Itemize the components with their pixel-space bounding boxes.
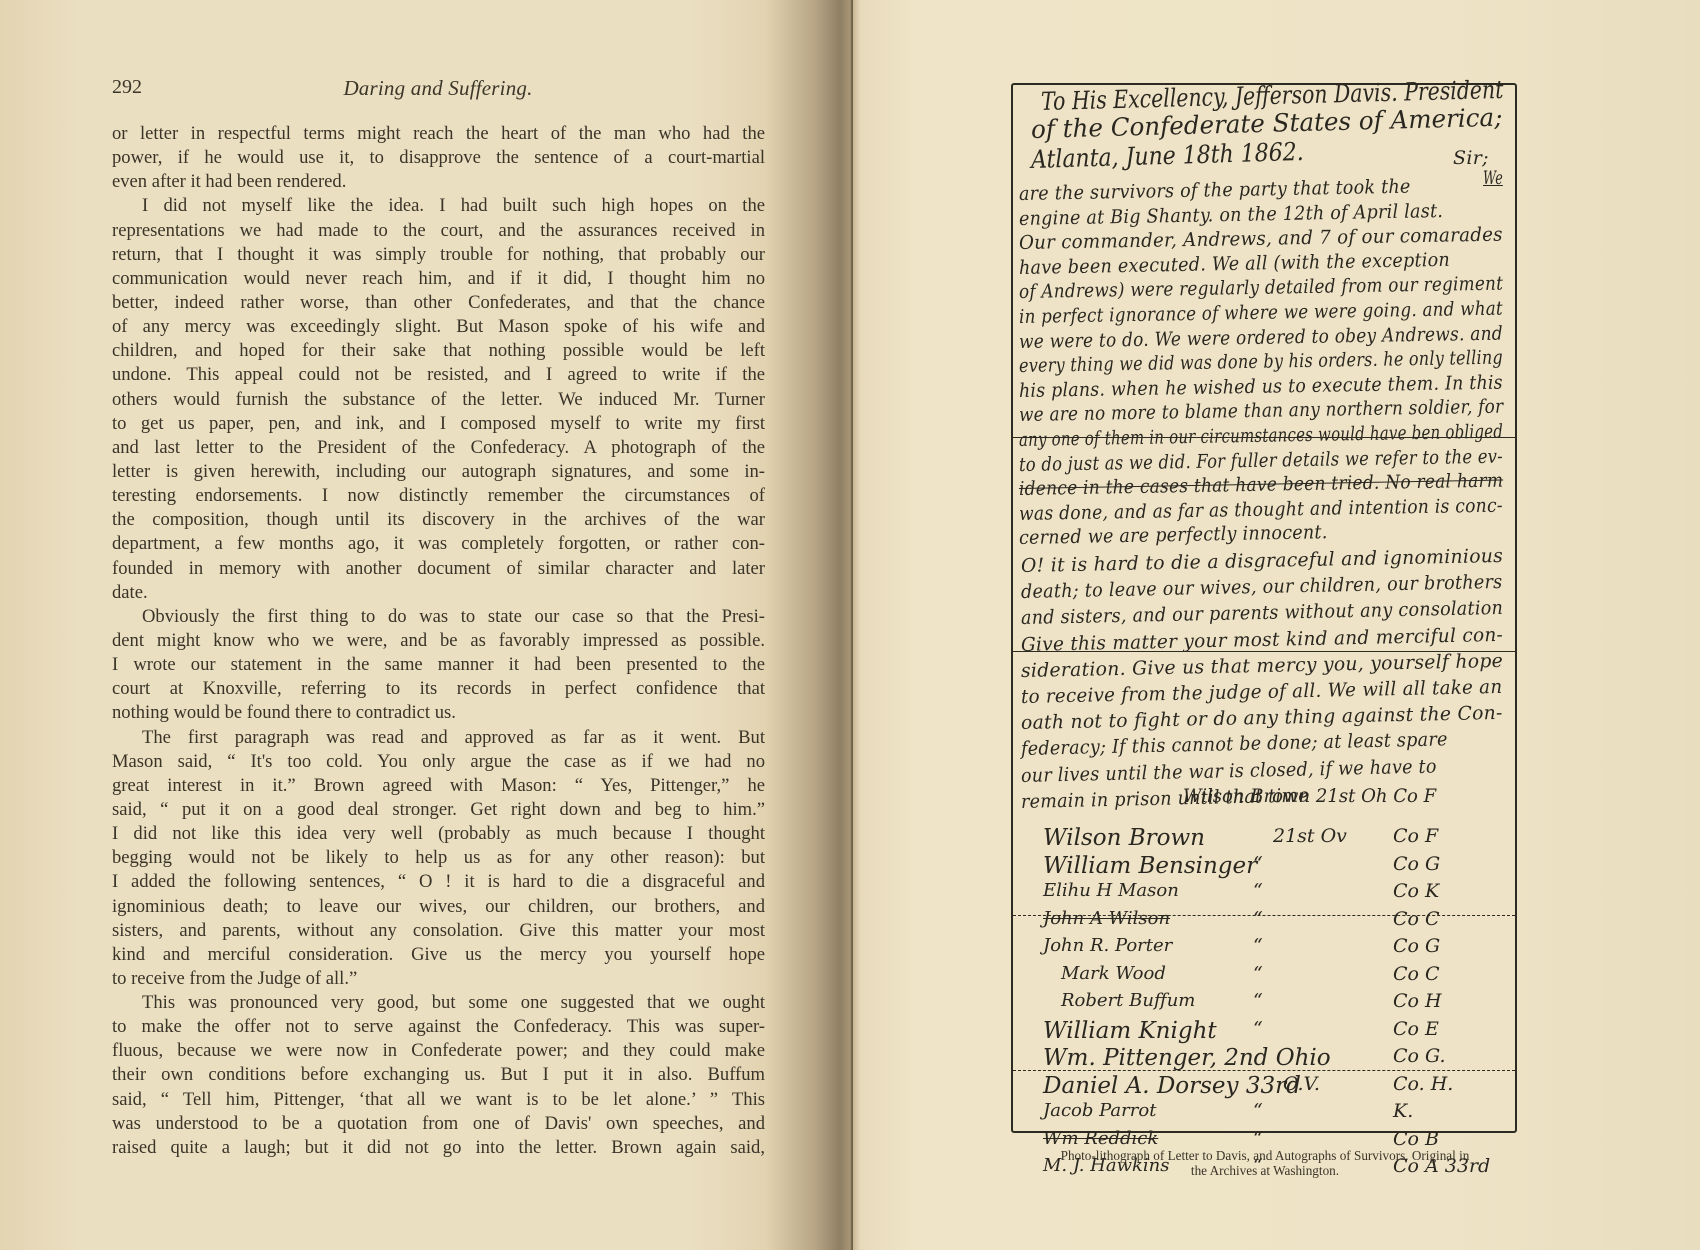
- strike-line: [1013, 1070, 1515, 1071]
- handwritten-line: “: [1253, 880, 1263, 902]
- handwritten-line: Wm Reddick: [1043, 1128, 1158, 1149]
- handwritten-line: Co G: [1393, 853, 1440, 875]
- running-title: Daring and Suffering.: [112, 76, 764, 101]
- handwritten-line: Daniel A. Dorsey 33rd: [1043, 1073, 1301, 1099]
- caption-line-1: Photo-lithograph of Letter to Davis, and…: [1010, 1148, 1520, 1163]
- letter-facsimile: To His Excellency, Jefferson Davis. Pres…: [1011, 83, 1517, 1133]
- text-line: even after it had been rendered.: [112, 170, 765, 194]
- handwritten-line: Elihu H Mason: [1043, 880, 1179, 901]
- text-line: I added the following sentences, “ O ! i…: [112, 870, 765, 894]
- text-line: I did not like this idea very well (prob…: [112, 822, 765, 846]
- text-line: their own conditions before exchanging u…: [112, 1063, 765, 1087]
- handwritten-line: Wilson Brown: [1043, 825, 1205, 851]
- handwritten-line: 21st Ov: [1273, 825, 1347, 847]
- text-line: or letter in respectful terms might reac…: [112, 122, 765, 146]
- text-line: letter is given herewith, including our …: [112, 460, 765, 484]
- figure-caption: Photo-lithograph of Letter to Davis, and…: [1010, 1148, 1520, 1178]
- text-line: ignominious death; to leave our wives, o…: [112, 895, 765, 919]
- handwritten-line: Jacob Parrot: [1043, 1100, 1156, 1121]
- strike-line: [1013, 915, 1515, 916]
- text-line: said, “ put it on a good deal stronger. …: [112, 798, 765, 822]
- text-line: to get us paper, pen, and ink, and I com…: [112, 412, 765, 436]
- handwritten-line: “: [1253, 935, 1263, 957]
- handwritten-line: Co F: [1393, 825, 1438, 847]
- handwritten-line: Co K: [1393, 880, 1439, 902]
- handwritten-line: Wilson Brown 21st Oh Co F: [1183, 785, 1436, 807]
- text-line: teresting endorsements. I now distinctly…: [112, 484, 765, 508]
- text-line: communication would never reach him, and…: [112, 267, 765, 291]
- rule-line: [1013, 651, 1515, 652]
- text-line: begging would not be likely to help us a…: [112, 846, 765, 870]
- handwritten-line: Mark Wood: [1061, 963, 1166, 984]
- text-line: sisters, and parents, without any consol…: [112, 919, 765, 943]
- handwritten-line: “: [1253, 963, 1263, 985]
- handwritten-line: “: [1253, 990, 1263, 1012]
- text-line: said, “ Tell him, Pittenger, ‘that all w…: [112, 1088, 765, 1112]
- handwritten-line: O.V.: [1283, 1073, 1320, 1095]
- handwritten-line: Co G: [1393, 935, 1440, 957]
- text-line: to receive from the Judge of all.”: [112, 967, 765, 991]
- handwritten-line: Sir;: [1453, 147, 1489, 169]
- handwritten-line: Co G.: [1393, 1045, 1446, 1067]
- text-line: founded in memory with another document …: [112, 557, 765, 581]
- handwritten-line: “: [1253, 1100, 1263, 1122]
- rule-line: [1013, 437, 1515, 438]
- handwritten-line: Co C: [1393, 908, 1440, 930]
- text-line: dent might know who we were, and be as f…: [112, 629, 765, 653]
- handwritten-line: John A Wilson: [1043, 908, 1170, 929]
- handwritten-line: “: [1253, 1018, 1263, 1040]
- text-line: court at Knoxville, referring to its rec…: [112, 677, 765, 701]
- text-line: fluous, because we were now in Confedera…: [112, 1039, 765, 1063]
- handwritten-line: Co B: [1393, 1128, 1439, 1150]
- handwritten-line: federacy; If this cannot be done; at lea…: [1021, 729, 1448, 761]
- handwritten-line: “: [1253, 1128, 1263, 1150]
- text-line: was understood to be a quotation from on…: [112, 1112, 765, 1136]
- text-line: nothing would be found there to contradi…: [112, 701, 765, 725]
- text-line: kind and merciful consideration. Give us…: [112, 943, 765, 967]
- handwritten-line: Co H: [1393, 990, 1442, 1012]
- handwritten-line: are the survivors of the party that took…: [1019, 176, 1411, 205]
- text-line: undone. This appeal could not be resiste…: [112, 363, 765, 387]
- handwritten-line: Robert Buffum: [1061, 990, 1195, 1011]
- handwritten-line: Co. H.: [1393, 1073, 1453, 1095]
- text-line: Obviously the first thing to do was to s…: [112, 605, 765, 629]
- text-line: others would furnish the substance of th…: [112, 388, 765, 412]
- text-line: great interest in it.” Brown agreed with…: [112, 774, 765, 798]
- text-line: raised quite a laugh; but it did not go …: [112, 1136, 765, 1160]
- text-line: better, indeed rather worse, than other …: [112, 291, 765, 315]
- text-line: date.: [112, 581, 765, 605]
- handwritten-line: our lives until the war is closed, if we…: [1021, 755, 1437, 786]
- text-line: Mason said, “ It's too cold. You only ar…: [112, 750, 765, 774]
- handwritten-line: Co E: [1393, 1018, 1439, 1040]
- text-line: This was pronounced very good, but some …: [112, 991, 765, 1015]
- text-line: representations we had made to the court…: [112, 219, 765, 243]
- handwritten-line: William Knight: [1043, 1018, 1217, 1044]
- text-line: to make the offer not to serve against t…: [112, 1015, 765, 1039]
- text-line: I wrote our statement in the same manner…: [112, 653, 765, 677]
- handwritten-line: “: [1253, 853, 1263, 875]
- handwritten-line: Wm. Pittenger, 2nd Ohio: [1043, 1045, 1331, 1071]
- handwritten-line: K.: [1393, 1100, 1413, 1122]
- handwritten-line: John R. Porter: [1043, 935, 1172, 956]
- text-line: of any mercy was exceedingly slight. But…: [112, 315, 765, 339]
- handwritten-line: was done, and as far as thought and inte…: [1019, 494, 1503, 524]
- running-head: 292 Daring and Suffering.: [112, 76, 764, 106]
- text-line: I did not myself like the idea. I had bu…: [112, 194, 765, 218]
- text-line: children, and hoped for their sake that …: [112, 339, 765, 363]
- handwritten-line: William Bensinger: [1043, 853, 1257, 879]
- text-line: the composition, though until its discov…: [112, 508, 765, 532]
- left-page: 292 Daring and Suffering. or letter in r…: [0, 0, 853, 1250]
- handwritten-line: “: [1253, 908, 1263, 930]
- text-line: and last letter to the President of the …: [112, 436, 765, 460]
- handwritten-line: Co C: [1393, 963, 1440, 985]
- text-line: return, that I thought it was simply tro…: [112, 243, 765, 267]
- caption-line-2: the Archives at Washington.: [1010, 1163, 1520, 1178]
- text-line: power, if he would use it, to disapprove…: [112, 146, 765, 170]
- text-line: department, a few months ago, it was com…: [112, 532, 765, 556]
- handwritten-line: We: [1483, 167, 1503, 189]
- handwritten-line: cerned we are perfectly innocent.: [1019, 522, 1328, 550]
- body-text: or letter in respectful terms might reac…: [112, 122, 765, 1160]
- text-line: The first paragraph was read and approve…: [112, 726, 765, 750]
